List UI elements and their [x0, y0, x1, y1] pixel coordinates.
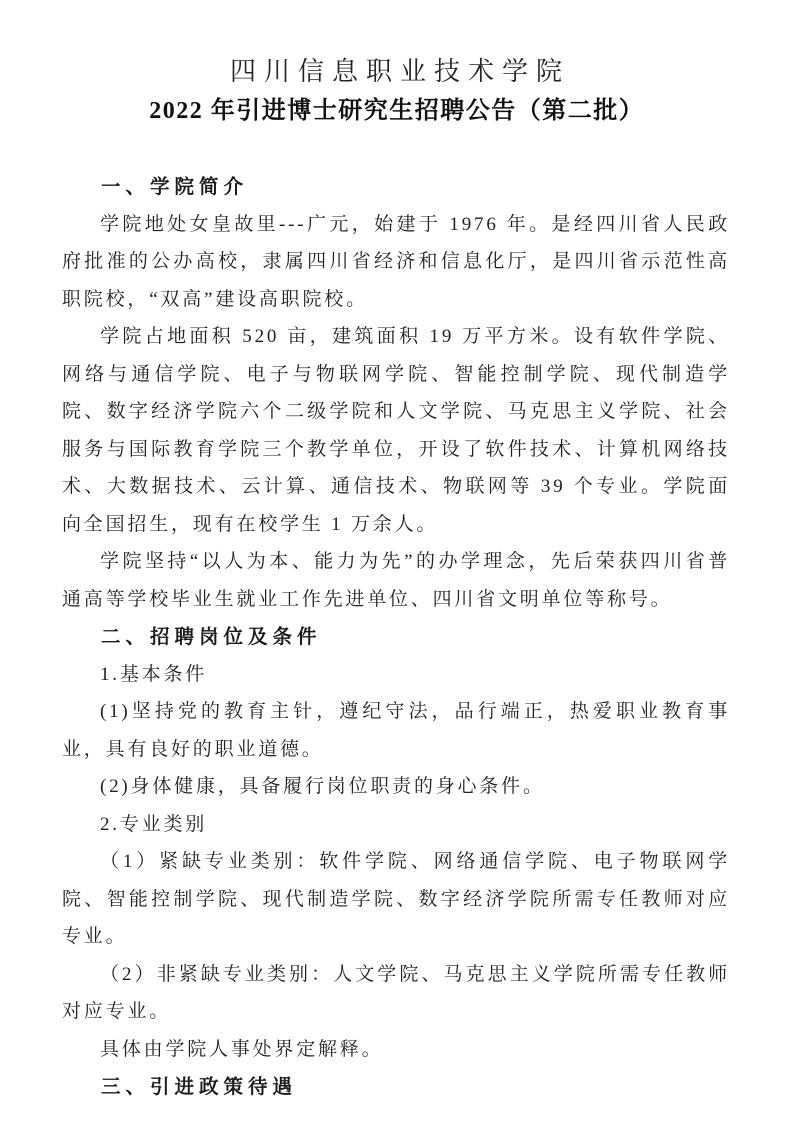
document-page: 四川信息职业技术学院 2022 年引进博士研究生招聘公告（第二批） 一、学院简介… [0, 0, 793, 1122]
paragraph-basic-condition-2: (2)身体健康，具备履行岗位职责的身心条件。 [62, 768, 730, 806]
section-heading-college-intro: 一、学院简介 [62, 168, 730, 206]
paragraph-hr-interpretation: 具体由学院人事处界定解释。 [62, 1031, 730, 1069]
paragraph-college-location: 学院地处女皇故里---广元，始建于 1976 年。是经四川省人民政府批准的公办高… [62, 206, 730, 319]
paragraph-basic-condition-1: (1)坚持党的教育主针，遵纪守法，品行端正，热爱职业教育事业，具有良好的职业道德… [62, 693, 730, 768]
document-subtitle: 2022 年引进博士研究生招聘公告（第二批） [62, 92, 730, 130]
paragraph-urgent-majors: （1）紧缺专业类别：软件学院、网络通信学院、电子物联网学院、智能控制学院、现代制… [62, 843, 730, 956]
section-heading-positions-conditions: 二、招聘岗位及条件 [62, 618, 730, 656]
paragraph-basic-conditions-label: 1.基本条件 [62, 656, 730, 694]
section-heading-policy-benefits: 三、引进政策待遇 [62, 1068, 730, 1106]
document-title: 四川信息职业技术学院 [62, 52, 730, 92]
paragraph-college-philosophy: 学院坚持“以人为本、能力为先”的办学理念，先后荣获四川省普通高等学校毕业生就业工… [62, 543, 730, 618]
paragraph-college-campus: 学院占地面积 520 亩，建筑面积 19 万平方米。设有软件学院、网络与通信学院… [62, 318, 730, 543]
paragraph-non-urgent-majors: （2）非紧缺专业类别：人文学院、马克思主义学院所需专任教师对应专业。 [62, 956, 730, 1031]
paragraph-major-category-label: 2.专业类别 [62, 806, 730, 844]
